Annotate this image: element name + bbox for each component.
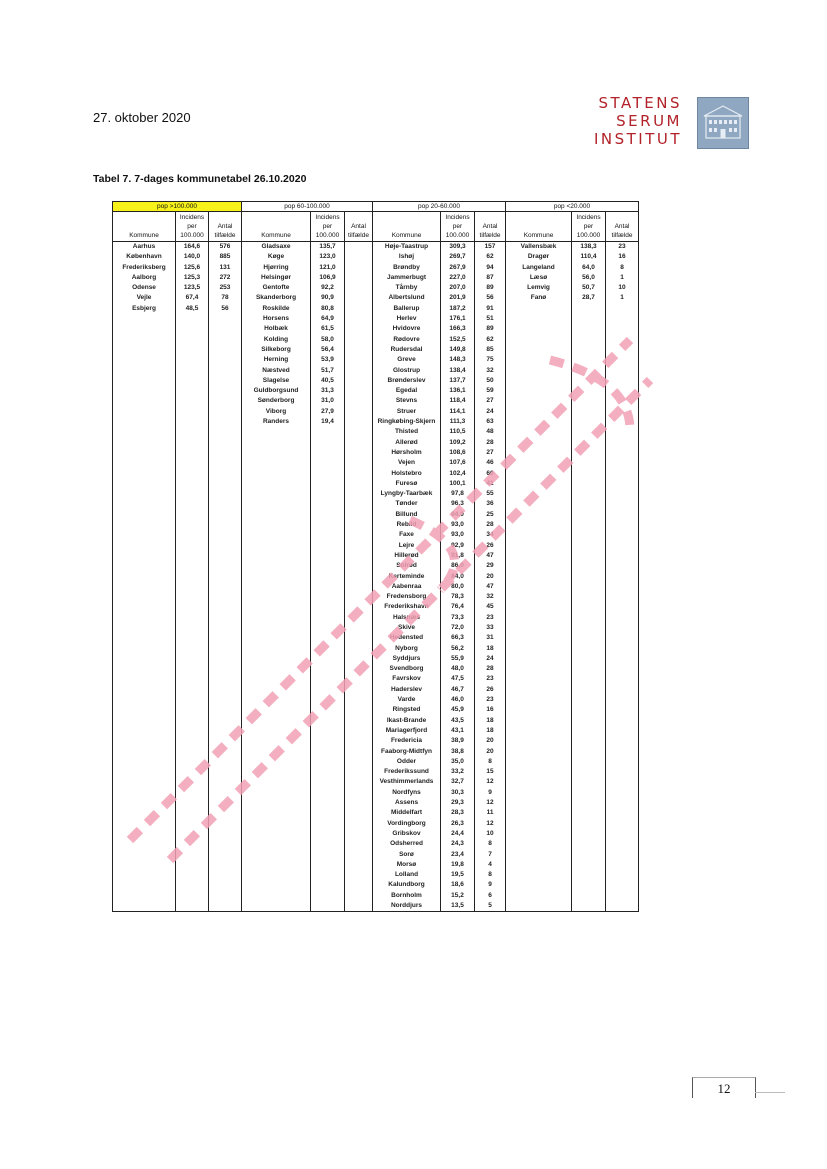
incidens-cell <box>311 829 345 839</box>
kommune-cell: Dragør <box>506 252 572 262</box>
antal-cell <box>209 386 242 396</box>
incidens-cell <box>572 469 606 479</box>
antal-cell: 576 <box>209 242 242 253</box>
table-row: Solrød86,029 <box>113 561 639 571</box>
incidens-cell: 24,4 <box>441 829 475 839</box>
antal-cell <box>209 633 242 643</box>
incidens-cell <box>311 798 345 808</box>
column-header-row: KommuneIncidens per 100.000Antal tilfæld… <box>113 212 639 242</box>
table-row: Vejle67,478Skanderborg90,9Albertslund201… <box>113 293 639 303</box>
antal-cell: 8 <box>475 839 506 849</box>
kommune-cell <box>113 623 176 633</box>
kommune-cell <box>113 891 176 901</box>
incidens-cell: 91,8 <box>441 551 475 561</box>
antal-cell <box>606 396 639 406</box>
antal-cell <box>606 633 639 643</box>
antal-cell: 18 <box>475 716 506 726</box>
kommune-cell: Høje-Taastrup <box>373 242 441 253</box>
antal-cell <box>209 407 242 417</box>
incidens-cell <box>572 407 606 417</box>
antal-cell <box>345 530 373 540</box>
antal-cell: 28 <box>475 438 506 448</box>
group-header: pop 20-60.000 <box>373 202 506 212</box>
kommune-cell: Halsnæs <box>373 613 441 623</box>
antal-cell <box>345 386 373 396</box>
incidens-cell: 269,7 <box>441 252 475 262</box>
incidens-cell: 72,0 <box>441 623 475 633</box>
logo-line: SERUM <box>590 112 682 130</box>
kommune-cell: Mariagerfjord <box>373 726 441 736</box>
antal-cell <box>209 736 242 746</box>
antal-cell: 23 <box>475 613 506 623</box>
antal-cell: 27 <box>475 448 506 458</box>
antal-cell <box>345 407 373 417</box>
incidens-cell <box>176 386 209 396</box>
antal-cell: 12 <box>475 777 506 787</box>
incidens-cell: 176,1 <box>441 314 475 324</box>
kommune-cell: Rudersdal <box>373 345 441 355</box>
incidens-cell <box>311 664 345 674</box>
municipality-table: pop >100.000 pop 60-100.000 pop 20-60.00… <box>112 201 639 912</box>
antal-cell <box>209 808 242 818</box>
incidens-cell <box>572 582 606 592</box>
antal-cell <box>345 335 373 345</box>
kommune-cell <box>113 644 176 654</box>
kommune-cell <box>113 901 176 912</box>
antal-cell <box>209 850 242 860</box>
column-header-incidens: Incidens per 100.000 <box>441 212 475 242</box>
antal-cell <box>209 366 242 376</box>
kommune-cell: Roskilde <box>242 304 311 314</box>
kommune-cell: Bornholm <box>373 891 441 901</box>
table-row: Mariagerfjord43,118 <box>113 726 639 736</box>
logo-line: STATENS <box>590 94 682 112</box>
kommune-cell: Assens <box>373 798 441 808</box>
table-row: Viborg27,9Struer114,124 <box>113 407 639 417</box>
incidens-cell: 93,0 <box>441 520 475 530</box>
antal-cell <box>606 880 639 890</box>
antal-cell <box>345 664 373 674</box>
kommune-cell: Faxe <box>373 530 441 540</box>
column-header-kommune: Kommune <box>373 212 441 242</box>
kommune-cell: Aarhus <box>113 242 176 253</box>
column-header-incidens: Incidens per 100.000 <box>572 212 606 242</box>
incidens-cell <box>311 613 345 623</box>
table-row: Furesø100,141 <box>113 479 639 489</box>
kommune-cell <box>113 469 176 479</box>
table-row: Frederiksberg125,6131Hjørring121,0Brøndb… <box>113 263 639 273</box>
antal-cell: 253 <box>209 283 242 293</box>
antal-cell <box>345 705 373 715</box>
antal-cell: 23 <box>475 695 506 705</box>
kommune-cell <box>113 829 176 839</box>
incidens-cell <box>572 798 606 808</box>
kommune-cell <box>242 664 311 674</box>
incidens-cell: 73,3 <box>441 613 475 623</box>
antal-cell <box>209 510 242 520</box>
antal-cell <box>209 777 242 787</box>
kommune-cell: Tårnby <box>373 283 441 293</box>
antal-cell <box>606 324 639 334</box>
kommune-cell <box>242 788 311 798</box>
table-row: Sønderborg31,0Stevns118,427 <box>113 396 639 406</box>
incidens-cell: 94,0 <box>441 510 475 520</box>
kommune-cell: Furesø <box>373 479 441 489</box>
table-row: København140,0885Køge123,0Ishøj269,762Dr… <box>113 252 639 262</box>
kommune-cell: Køge <box>242 252 311 262</box>
antal-cell <box>345 767 373 777</box>
antal-cell <box>606 757 639 767</box>
incidens-cell <box>311 561 345 571</box>
antal-cell <box>209 438 242 448</box>
incidens-cell <box>176 407 209 417</box>
antal-cell: 272 <box>209 273 242 283</box>
antal-cell <box>209 644 242 654</box>
incidens-cell <box>176 520 209 530</box>
antal-cell: 16 <box>475 705 506 715</box>
incidens-cell <box>176 376 209 386</box>
antal-cell <box>606 314 639 324</box>
incidens-cell <box>572 448 606 458</box>
antal-cell: 10 <box>475 829 506 839</box>
incidens-cell <box>176 808 209 818</box>
kommune-cell: Odsherred <box>373 839 441 849</box>
antal-cell <box>345 551 373 561</box>
incidens-cell <box>572 767 606 777</box>
kommune-cell <box>113 695 176 705</box>
kommune-cell: Frederikssund <box>373 767 441 777</box>
kommune-cell: Hjørring <box>242 263 311 273</box>
table-row: Tønder96,336 <box>113 499 639 509</box>
antal-cell: 20 <box>475 736 506 746</box>
incidens-cell <box>572 850 606 860</box>
kommune-cell <box>242 572 311 582</box>
kommune-cell <box>242 427 311 437</box>
kommune-cell: Skive <box>373 623 441 633</box>
kommune-cell <box>242 860 311 870</box>
kommune-cell <box>506 520 572 530</box>
kommune-cell <box>506 335 572 345</box>
antal-cell <box>345 396 373 406</box>
incidens-cell <box>572 747 606 757</box>
antal-cell <box>606 788 639 798</box>
antal-cell <box>345 623 373 633</box>
kommune-cell <box>113 335 176 345</box>
antal-cell: 25 <box>475 510 506 520</box>
antal-cell <box>606 561 639 571</box>
antal-cell <box>209 355 242 365</box>
antal-cell: 47 <box>475 551 506 561</box>
antal-cell: 85 <box>475 345 506 355</box>
table-row: Slagelse40,5Brønderslev137,750 <box>113 376 639 386</box>
incidens-cell <box>572 654 606 664</box>
antal-cell <box>606 335 639 345</box>
antal-cell <box>209 654 242 664</box>
incidens-cell <box>311 520 345 530</box>
table-row: Næstved51,7Glostrup138,432 <box>113 366 639 376</box>
antal-cell <box>606 819 639 829</box>
incidens-cell: 15,2 <box>441 891 475 901</box>
incidens-cell <box>572 829 606 839</box>
incidens-cell <box>572 438 606 448</box>
antal-cell: 11 <box>475 808 506 818</box>
incidens-cell: 80,0 <box>441 582 475 592</box>
kommune-cell: Vesthimmerlands <box>373 777 441 787</box>
kommune-cell <box>506 510 572 520</box>
incidens-cell <box>572 530 606 540</box>
kommune-cell: Vallensbæk <box>506 242 572 253</box>
antal-cell: 78 <box>209 293 242 303</box>
table-row: Lejre92,926 <box>113 541 639 551</box>
incidens-cell <box>311 716 345 726</box>
table-row: Middelfart28,311 <box>113 808 639 818</box>
kommune-cell <box>242 891 311 901</box>
antal-cell <box>345 469 373 479</box>
antal-cell <box>345 747 373 757</box>
kommune-cell <box>113 510 176 520</box>
kommune-cell <box>113 592 176 602</box>
antal-cell <box>606 736 639 746</box>
incidens-cell <box>572 705 606 715</box>
kommune-cell <box>113 396 176 406</box>
antal-cell <box>209 324 242 334</box>
incidens-cell: 125,3 <box>176 273 209 283</box>
incidens-cell <box>572 499 606 509</box>
incidens-cell <box>176 499 209 509</box>
antal-cell: 48 <box>475 427 506 437</box>
kommune-cell: Ishøj <box>373 252 441 262</box>
kommune-cell: Nordfyns <box>373 788 441 798</box>
incidens-cell <box>176 417 209 427</box>
antal-cell <box>606 489 639 499</box>
antal-cell: 18 <box>475 726 506 736</box>
incidens-cell: 46,7 <box>441 685 475 695</box>
antal-cell <box>345 674 373 684</box>
incidens-cell <box>176 489 209 499</box>
incidens-cell <box>176 448 209 458</box>
antal-cell: 59 <box>475 386 506 396</box>
antal-cell <box>209 561 242 571</box>
column-header-kommune: Kommune <box>506 212 572 242</box>
table-row: Fredensborg78,332 <box>113 592 639 602</box>
antal-cell <box>209 314 242 324</box>
column-header-antal: Antal tilfælde <box>209 212 242 242</box>
kommune-cell: København <box>113 252 176 262</box>
antal-cell <box>345 273 373 283</box>
incidens-cell: 13,5 <box>441 901 475 912</box>
antal-cell <box>209 530 242 540</box>
antal-cell <box>606 695 639 705</box>
building-icon <box>697 97 749 149</box>
incidens-cell <box>572 633 606 643</box>
kommune-cell: Glostrup <box>373 366 441 376</box>
incidens-cell: 152,5 <box>441 335 475 345</box>
incidens-cell <box>311 572 345 582</box>
kommune-cell: Varde <box>373 695 441 705</box>
incidens-cell: 93,0 <box>441 530 475 540</box>
incidens-cell <box>572 726 606 736</box>
antal-cell <box>209 592 242 602</box>
table-row: Halsnæs73,323 <box>113 613 639 623</box>
antal-cell <box>606 850 639 860</box>
incidens-cell: 108,6 <box>441 448 475 458</box>
kommune-cell: Randers <box>242 417 311 427</box>
table-row: Frederikssund33,215 <box>113 767 639 777</box>
incidens-cell <box>176 850 209 860</box>
kommune-cell <box>242 777 311 787</box>
kommune-cell <box>506 572 572 582</box>
incidens-cell <box>572 479 606 489</box>
kommune-cell <box>113 489 176 499</box>
incidens-cell <box>176 726 209 736</box>
group-header: pop >100.000 <box>113 202 242 212</box>
table-row: Bornholm15,26 <box>113 891 639 901</box>
column-header-antal: Antal tilfælde <box>345 212 373 242</box>
table-row: Gribskov24,410 <box>113 829 639 839</box>
incidens-cell: 26,3 <box>441 819 475 829</box>
incidens-cell <box>311 551 345 561</box>
antal-cell <box>606 469 639 479</box>
kommune-cell <box>113 602 176 612</box>
incidens-cell <box>572 551 606 561</box>
document-date: 27. oktober 2020 <box>93 110 191 125</box>
antal-cell <box>209 396 242 406</box>
kommune-cell: Holstebro <box>373 469 441 479</box>
antal-cell <box>209 891 242 901</box>
incidens-cell <box>572 458 606 468</box>
antal-cell <box>606 623 639 633</box>
incidens-cell: 19,5 <box>441 870 475 880</box>
ssi-logo-text: STATENS SERUM INSTITUT <box>590 94 682 148</box>
incidens-cell <box>572 695 606 705</box>
incidens-cell <box>176 777 209 787</box>
incidens-cell: 64,9 <box>311 314 345 324</box>
table-body: Aarhus164,6576Gladsaxe135,7Høje-Taastrup… <box>113 242 639 912</box>
antal-cell: 62 <box>475 335 506 345</box>
incidens-cell <box>311 674 345 684</box>
kommune-cell: Albertslund <box>373 293 441 303</box>
incidens-cell <box>572 366 606 376</box>
kommune-cell: Guldborgsund <box>242 386 311 396</box>
antal-cell: 16 <box>606 252 639 262</box>
kommune-cell <box>113 448 176 458</box>
antal-cell: 89 <box>475 324 506 334</box>
kommune-cell <box>113 674 176 684</box>
kommune-cell <box>113 520 176 530</box>
kommune-cell <box>506 314 572 324</box>
incidens-cell: 110,5 <box>441 427 475 437</box>
kommune-cell: Odense <box>113 283 176 293</box>
antal-cell <box>345 736 373 746</box>
incidens-cell <box>311 891 345 901</box>
antal-cell: 91 <box>475 304 506 314</box>
incidens-cell: 125,6 <box>176 263 209 273</box>
kommune-cell <box>113 417 176 427</box>
antal-cell <box>209 541 242 551</box>
kommune-cell <box>242 458 311 468</box>
antal-cell <box>209 572 242 582</box>
incidens-cell: 38,9 <box>441 736 475 746</box>
antal-cell <box>209 819 242 829</box>
incidens-cell <box>572 777 606 787</box>
incidens-cell <box>176 551 209 561</box>
incidens-cell <box>311 510 345 520</box>
column-header-antal: Antal tilfælde <box>606 212 639 242</box>
antal-cell <box>345 479 373 489</box>
incidens-cell <box>572 304 606 314</box>
kommune-cell <box>506 479 572 489</box>
antal-cell <box>606 767 639 777</box>
antal-cell: 157 <box>475 242 506 253</box>
kommune-cell <box>506 427 572 437</box>
kommune-cell <box>113 736 176 746</box>
incidens-cell <box>311 458 345 468</box>
kommune-cell <box>242 551 311 561</box>
kommune-cell <box>506 386 572 396</box>
antal-cell: 51 <box>475 314 506 324</box>
kommune-cell: Frederikshavn <box>373 602 441 612</box>
kommune-cell: Hillerød <box>373 551 441 561</box>
antal-cell <box>606 479 639 489</box>
kommune-cell <box>506 767 572 777</box>
incidens-cell: 28,7 <box>572 293 606 303</box>
antal-cell: 885 <box>209 252 242 262</box>
antal-cell: 46 <box>475 458 506 468</box>
kommune-cell <box>506 458 572 468</box>
antal-cell <box>209 448 242 458</box>
kommune-cell <box>242 520 311 530</box>
kommune-cell <box>506 870 572 880</box>
kommune-cell <box>506 592 572 602</box>
kommune-cell: Fredensborg <box>373 592 441 602</box>
incidens-cell: 123,5 <box>176 283 209 293</box>
incidens-cell <box>176 880 209 890</box>
kommune-cell: Lolland <box>373 870 441 880</box>
antal-cell: 9 <box>475 788 506 798</box>
table-row: Lyngby-Taarbæk97,855 <box>113 489 639 499</box>
kommune-cell <box>113 788 176 798</box>
antal-cell <box>345 613 373 623</box>
antal-cell <box>345 541 373 551</box>
antal-cell <box>606 664 639 674</box>
incidens-cell: 33,2 <box>441 767 475 777</box>
kommune-cell <box>506 324 572 334</box>
kommune-cell <box>242 602 311 612</box>
incidens-cell <box>311 747 345 757</box>
antal-cell <box>606 685 639 695</box>
antal-cell: 60 <box>475 469 506 479</box>
incidens-cell: 48,0 <box>441 664 475 674</box>
kommune-cell: Hedensted <box>373 633 441 643</box>
kommune-cell <box>113 716 176 726</box>
incidens-cell <box>176 891 209 901</box>
table-row: Skive72,033 <box>113 623 639 633</box>
incidens-cell: 45,9 <box>441 705 475 715</box>
table-row: Horsens64,9Herlev176,151 <box>113 314 639 324</box>
antal-cell <box>209 345 242 355</box>
kommune-cell: Læsø <box>506 273 572 283</box>
kommune-cell: Herlev <box>373 314 441 324</box>
antal-cell: 4 <box>475 860 506 870</box>
kommune-cell: Brøndby <box>373 263 441 273</box>
incidens-cell <box>311 736 345 746</box>
antal-cell <box>606 345 639 355</box>
incidens-cell <box>311 808 345 818</box>
incidens-cell: 78,3 <box>441 592 475 602</box>
kommune-cell <box>506 530 572 540</box>
incidens-cell <box>572 572 606 582</box>
table-row: Rebild93,028 <box>113 520 639 530</box>
